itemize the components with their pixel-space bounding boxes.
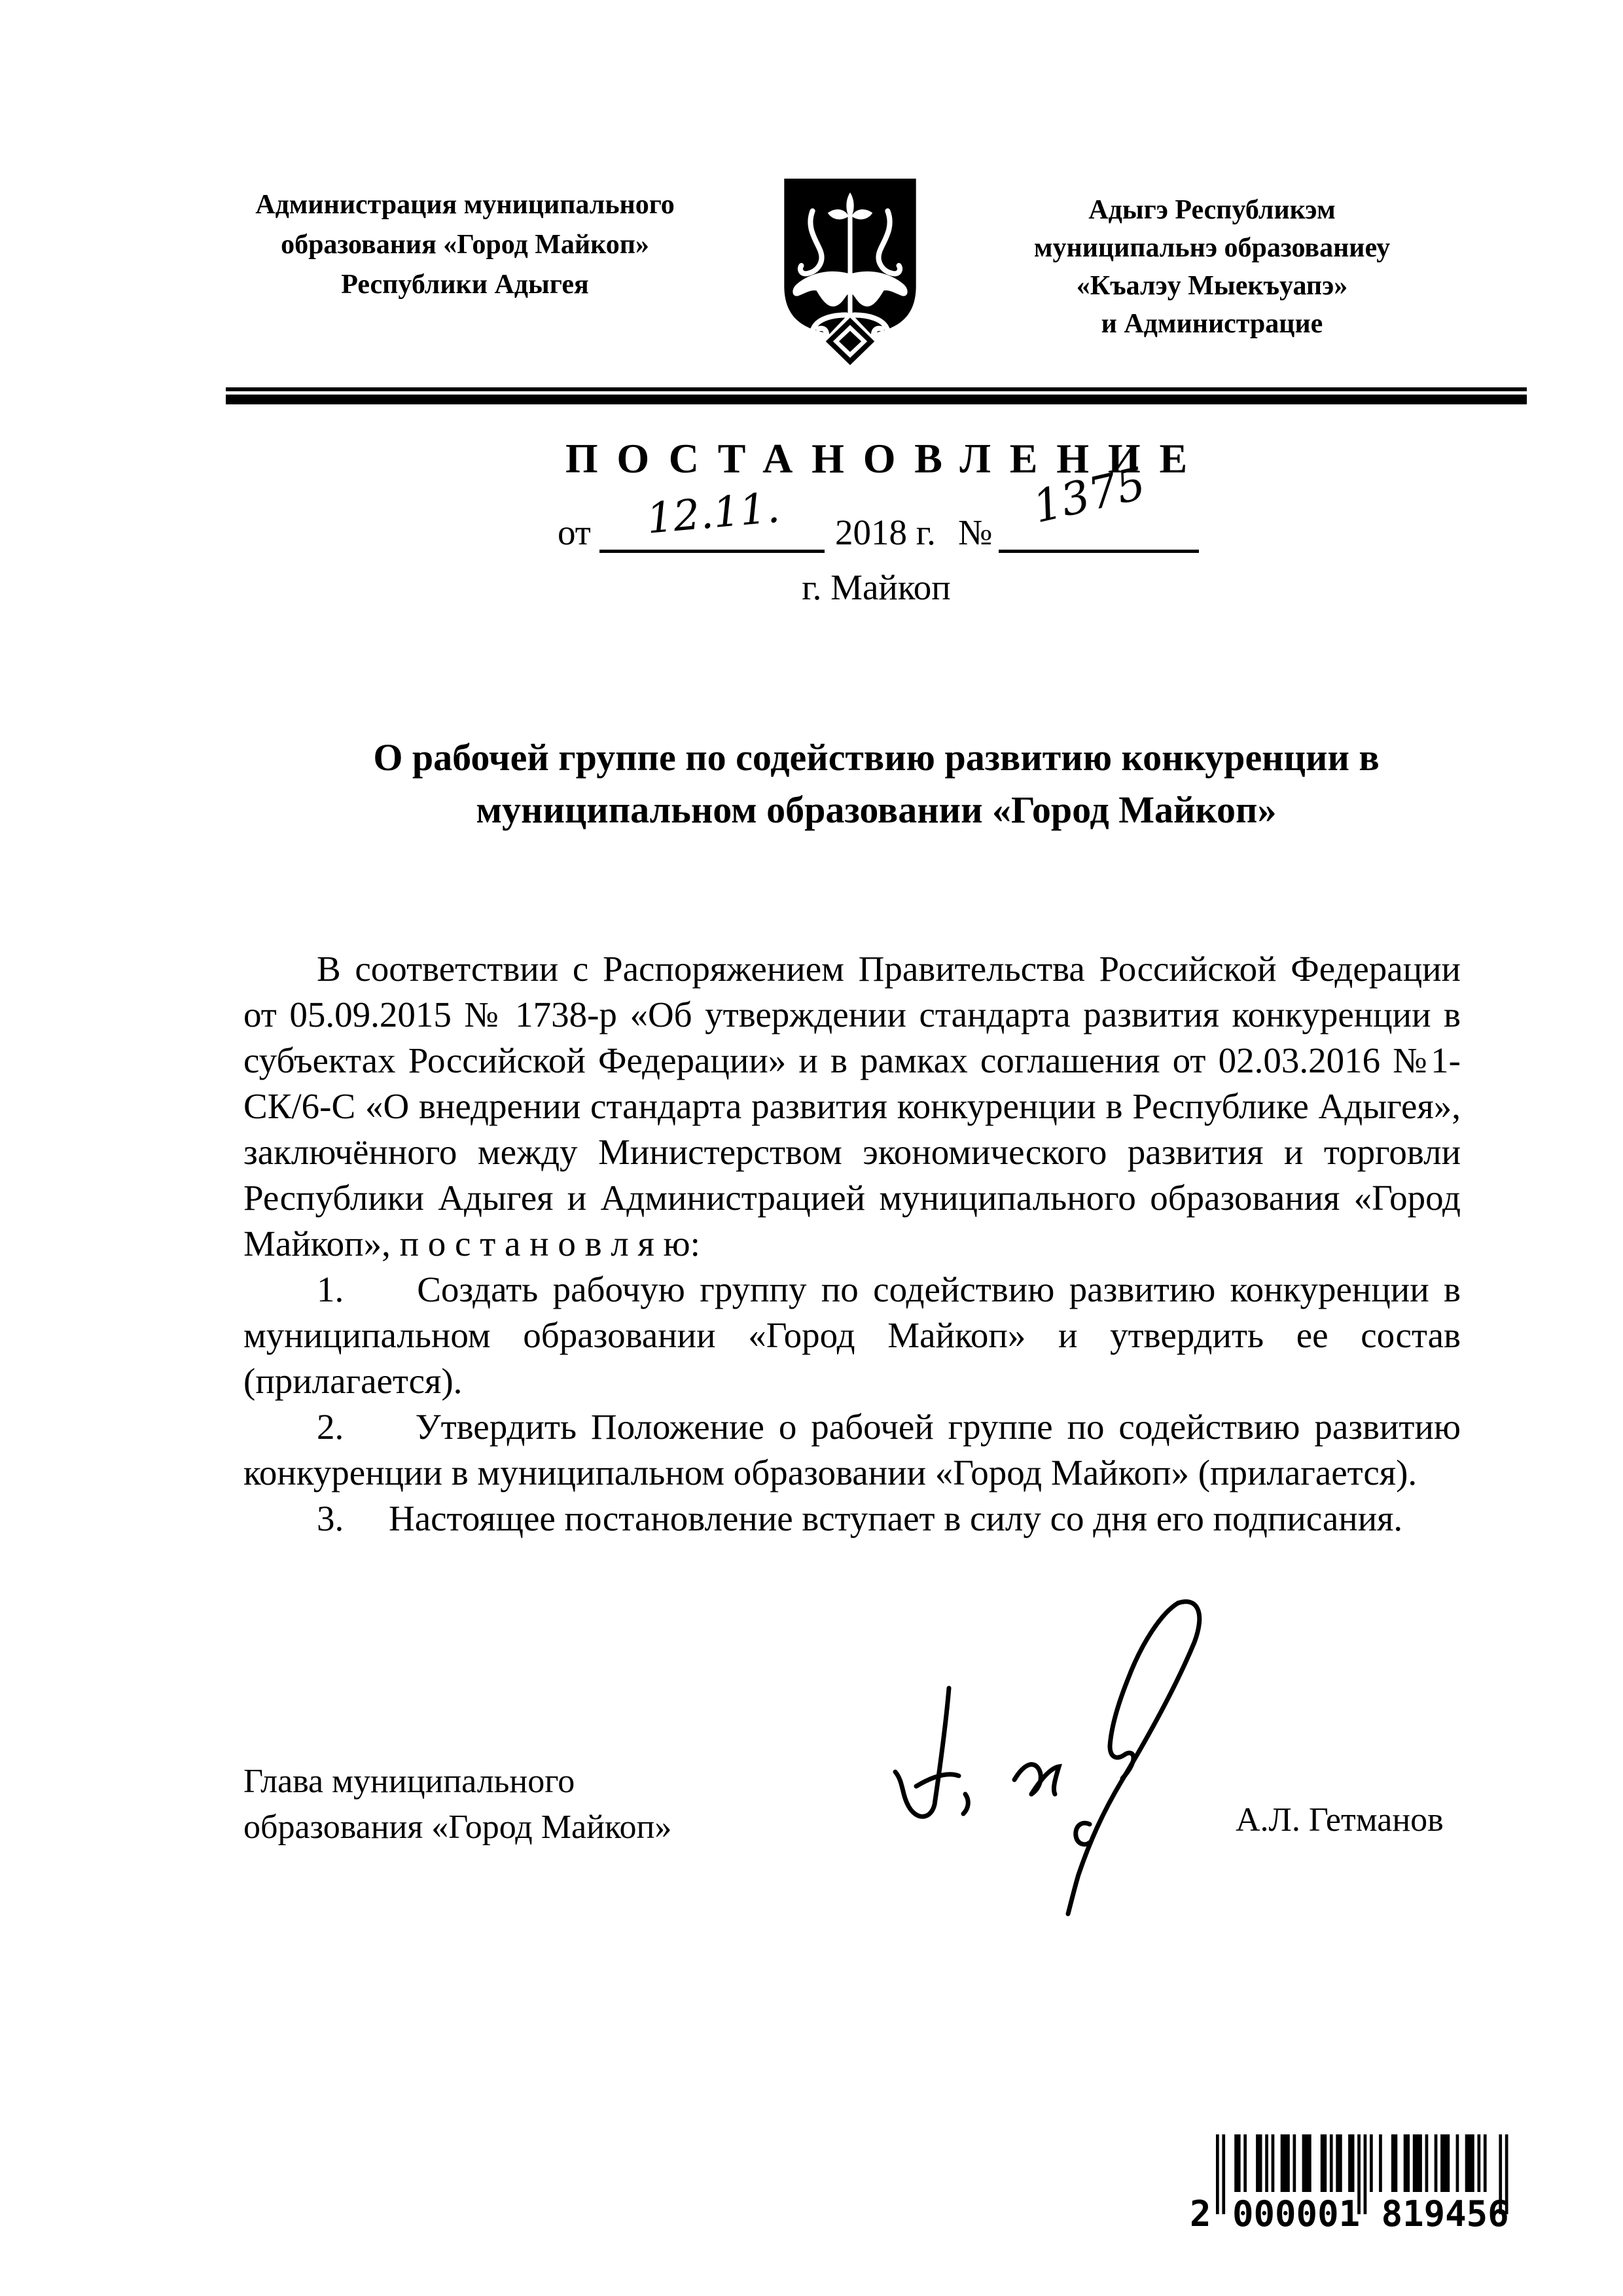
paragraph-item-3: 3. Настоящее постановление вступает в си… [243, 1496, 1461, 1542]
document-barcode: 2 000001 819456 [1190, 2134, 1517, 2249]
signer-title: Глава муниципального образования «Город … [243, 1759, 767, 1850]
signer-name: А.Л. Гетманов [1236, 1801, 1444, 1839]
maykop-coat-of-arms-icon [777, 175, 923, 366]
document-page: Администрация муниципального образования… [0, 0, 1623, 2296]
paragraph-item-2: 2. Утвердить Положение о рабочей группе … [243, 1404, 1461, 1496]
handwritten-date: 12.11. [645, 484, 781, 543]
number-underline [999, 550, 1199, 553]
header-left-line: образования «Город Майкоп» [247, 225, 683, 265]
number-sign: № [958, 512, 992, 553]
paragraph-preamble: В соответствии с Распоряжением Правитель… [243, 946, 1461, 1267]
header-right-line: «Къалэу Мыекъуапэ» [1016, 267, 1408, 305]
header-right-org-name: Адыгэ Республикэм муниципальнэ образован… [1016, 191, 1408, 343]
decree-subject: О рабочей группе по содействию развитию … [226, 732, 1527, 836]
header-left-line: Администрация муниципального [247, 185, 683, 225]
header-left-org-name: Администрация муниципального образования… [247, 185, 683, 305]
header-left-line: Республики Адыгея [247, 265, 683, 305]
date-from-label: от [558, 512, 591, 553]
header-right-line: Адыгэ Республикэм [1016, 191, 1408, 229]
header-divider-rule [226, 387, 1527, 404]
header-right-line: муниципальнэ образованиеу [1016, 229, 1408, 267]
subject-line: О рабочей группе по содействию развитию … [226, 732, 1527, 784]
place-line: г. Майкоп [226, 567, 1527, 608]
signer-title-line: образования «Город Майкоп» [243, 1805, 767, 1850]
year-label: 2018 г. [835, 512, 936, 553]
signer-title-line: Глава муниципального [243, 1759, 767, 1805]
barcode-digits: 2 000001 819456 [1190, 2193, 1517, 2234]
paragraph-item-1: 1. Создать рабочую группу по содействию … [243, 1267, 1461, 1404]
subject-line: муниципальном образовании «Город Майкоп» [226, 784, 1527, 836]
decree-title: ПОСТАНОВЛЕНИЕ [226, 434, 1527, 483]
header-right-line: и Администрацие [1016, 305, 1408, 343]
handwritten-signature [870, 1583, 1211, 1983]
decree-body: В соответствии с Распоряжением Правитель… [243, 946, 1461, 1542]
divider-thick-line [226, 395, 1527, 404]
date-underline [599, 550, 825, 553]
